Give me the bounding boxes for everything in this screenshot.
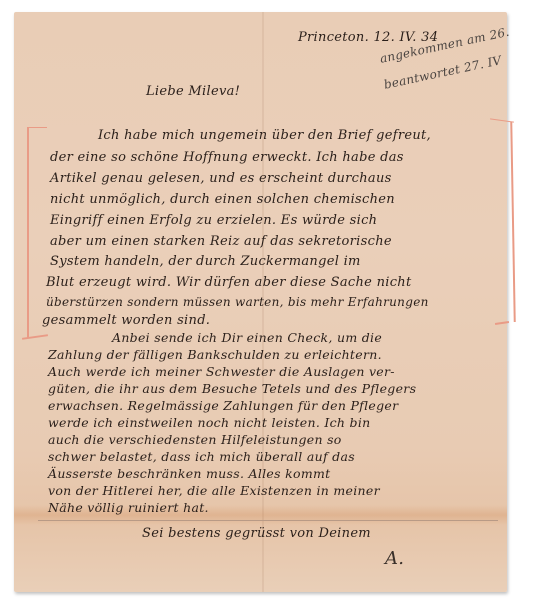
text-line: Äusserste beschränken muss. Alles kommt [48,466,330,481]
text-line: Blut erzeugt wird. Wir dürfen aber diese… [46,275,412,290]
text-line: auch die verschiedensten Hilfeleistungen… [48,432,342,447]
text-line: gesammelt worden sind. [42,313,210,328]
closing: Sei bestens gegrüsst von Deinem [142,526,371,541]
text-line: Zahlung der fälligen Bankschulden zu erl… [48,347,382,362]
signature: A. [385,548,404,569]
text-line: Nähe völlig ruiniert hat. [48,500,209,515]
text-line: güten, die ihr aus dem Besuche Tetels un… [48,381,416,396]
text-line: Auch werde ich meiner Schwester die Ausl… [48,364,395,379]
text-line: überstürzen sondern müssen warten, bis m… [46,295,429,309]
left-margin-line [27,128,29,338]
text-line: der eine so schöne Hoffnung erweckt. Ich… [50,150,404,165]
text-line: schwer belastet, dass ich mich überall a… [48,449,355,464]
text-line: Eingriff einen Erfolg zu erzielen. Es wü… [50,213,377,228]
text-line: aber um einen starken Reiz auf das sekre… [50,234,392,249]
text-line: werde ich einstweilen noch nicht leisten… [48,415,371,430]
text-line: erwachsen. Regelmässige Zahlungen für de… [48,398,398,413]
text-line: System handeln, der durch Zuckermangel i… [50,254,361,269]
left-margin-tick-top [27,127,47,128]
right-margin-line [510,122,515,322]
bottom-rule-line [38,520,498,521]
salutation: Liebe Mileva! [146,84,240,99]
text-line: Anbei sende ich Dir einen Check, um die [112,330,382,345]
text-line: Artikel genau gelesen, und es erscheint … [50,171,392,186]
text-line: Ich habe mich ungemein über den Brief ge… [98,128,431,143]
text-line: nicht unmöglich, durch einen solchen che… [50,192,395,207]
text-line: von der Hitlerei her, die alle Existenze… [48,483,380,498]
